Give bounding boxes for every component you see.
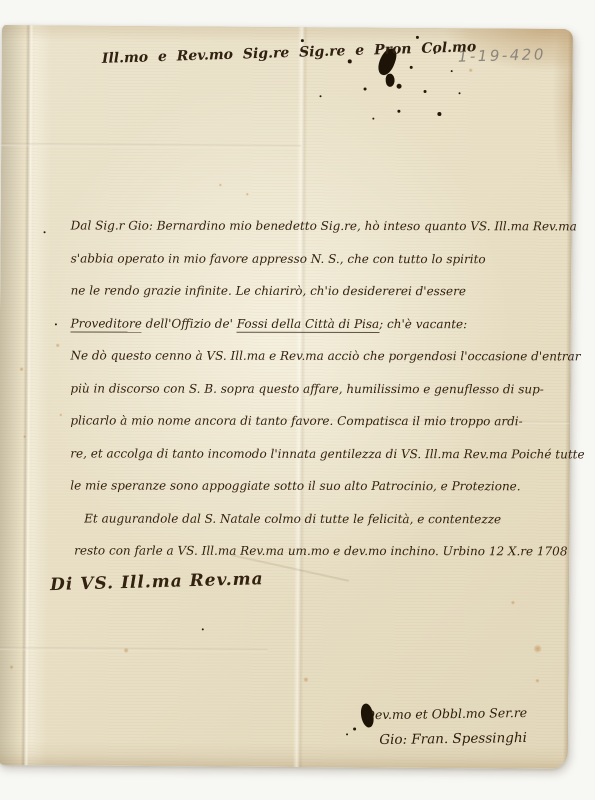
ink-blot bbox=[385, 73, 396, 87]
body-text: ; ch'è vacante: bbox=[379, 317, 467, 331]
foxing-spot bbox=[246, 193, 249, 196]
body-line: s'abbia operato in mio favore appresso N… bbox=[71, 242, 565, 275]
foxing-spot bbox=[10, 665, 14, 669]
ink-speck bbox=[451, 70, 453, 72]
ink-speck bbox=[353, 727, 356, 730]
foxing-spot bbox=[469, 68, 473, 72]
body-line: plicarlo à mio nome ancora di tanto favo… bbox=[70, 404, 564, 437]
ink-speck bbox=[397, 84, 402, 89]
body-line: ne le rendo grazie infinite. Le chiarirò… bbox=[71, 274, 565, 307]
letter-page: 1-19-420 Ill.mo e Rev.mo Sig.re Sig.re e… bbox=[0, 25, 573, 769]
body-line: Ne dò questo cenno à VS. Ill.ma e Rev.ma… bbox=[70, 339, 564, 372]
foxing-spot bbox=[511, 601, 515, 605]
body-line: Dal Sig.r Gio: Bernardino mio benedetto … bbox=[71, 209, 565, 242]
body-line: più in discorso con S. B. sopra questo a… bbox=[70, 372, 564, 405]
foxing-spot bbox=[59, 413, 62, 416]
ink-speck bbox=[372, 118, 374, 120]
foxing-spot bbox=[56, 343, 60, 347]
ink-speck bbox=[346, 733, 348, 735]
crease-horizontal-lower bbox=[0, 647, 268, 652]
valediction-flourish: Di VS. Ill.ma Rev.ma bbox=[50, 569, 264, 595]
ink-speck bbox=[44, 231, 46, 233]
ink-speck bbox=[397, 110, 400, 113]
foxing-spot bbox=[534, 645, 542, 653]
foxing-spot bbox=[219, 184, 222, 187]
ink-speck bbox=[416, 36, 419, 39]
foxing-spot bbox=[23, 435, 26, 438]
ink-speck bbox=[424, 90, 427, 93]
body-text: dell'Offizio de' bbox=[142, 316, 237, 330]
ink-speck bbox=[348, 59, 352, 63]
closing-line-date: resto con farle a VS. Ill.ma Rev.ma um.m… bbox=[70, 534, 564, 567]
ink-speck bbox=[202, 628, 204, 630]
fold-crease-left bbox=[21, 25, 34, 765]
signature-block: Dev.mo et Obbl.mo Ser.re Gio: Fran. Spes… bbox=[365, 705, 528, 748]
salutation-line: Ill.mo e Rev.mo Sig.re Sig.re e Pron Col… bbox=[102, 39, 477, 67]
foxing-spot bbox=[303, 677, 308, 682]
signature-title-line: Dev.mo et Obbl.mo Ser.re bbox=[365, 705, 527, 722]
ink-speck bbox=[459, 92, 461, 94]
foxing-spot bbox=[124, 648, 129, 653]
ink-speck bbox=[410, 66, 413, 69]
underlined-word: Proveditore bbox=[70, 316, 141, 332]
ink-speck bbox=[320, 95, 322, 97]
body-line-underlined: Proveditore dell'Offizio de' Fossi della… bbox=[70, 307, 564, 340]
body-line: le mie speranze sono appoggiate sotto il… bbox=[70, 469, 564, 502]
foxing-spot bbox=[20, 367, 24, 371]
ink-speck bbox=[55, 323, 57, 325]
scanner-background: 1-19-420 Ill.mo e Rev.mo Sig.re Sig.re e… bbox=[0, 0, 595, 800]
crease-horizontal-upper bbox=[1, 143, 301, 148]
underlined-word: Fossi della Città di Pisa bbox=[237, 316, 380, 332]
ink-speck bbox=[364, 88, 367, 91]
signature-name: Gio: Fran. Spessinghi bbox=[365, 730, 527, 748]
ink-speck bbox=[301, 39, 304, 42]
ink-speck bbox=[437, 112, 441, 116]
body-line: re, et accolga di tanto incomodo l'innat… bbox=[70, 437, 564, 470]
letter-body: Dal Sig.r Gio: Bernardino mio benedetto … bbox=[70, 209, 565, 567]
foxing-spot bbox=[535, 679, 539, 683]
closing-line: Et augurandole dal S. Natale colmo di tu… bbox=[70, 502, 564, 535]
